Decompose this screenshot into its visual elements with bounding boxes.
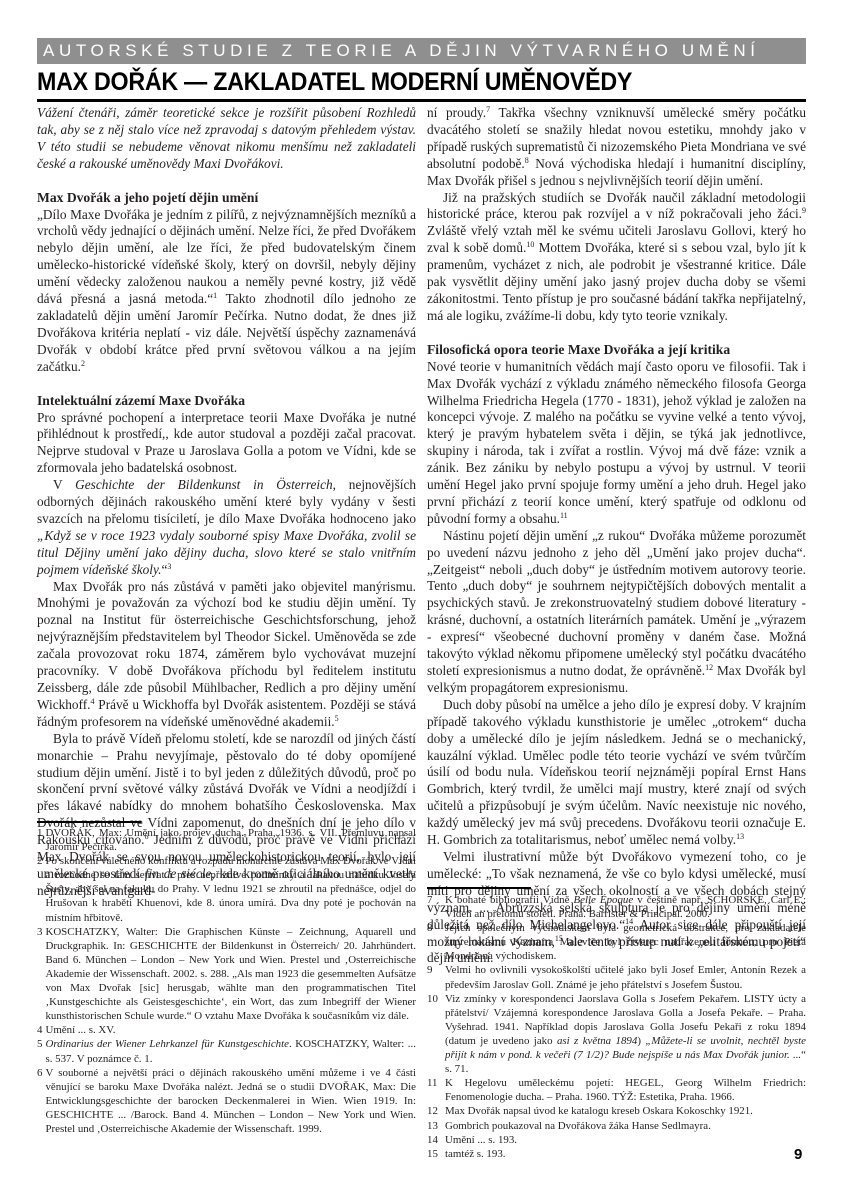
footnote-text: Ordinarius der Wiener Lehrkanzel für Kun…: [45, 1037, 416, 1065]
footnote-text: Viz zmínky v korespondenci Jaorslava Gol…: [445, 992, 806, 1077]
footnote-text: Max Dvořák napsal úvod ke katalogu krese…: [445, 1104, 806, 1118]
section-heading: Max Dvořák a jeho pojetí dějin umění: [37, 190, 416, 207]
footnote-number: 4: [37, 1023, 45, 1037]
footnote-item: 11K Hegelovu uměleckému pojetí: HEGEL, G…: [427, 1076, 806, 1104]
footnote-text: V souborné a největší práci o dějinách r…: [45, 1066, 416, 1136]
italic-term: Belle Époque: [574, 894, 634, 906]
italic-title: Geschichte der Bildenkunst in Österreich: [75, 477, 333, 492]
article-title: MAX DOŘÁK — ZAKLADATEL MODERNÍ UMĚNOVĚDY: [37, 66, 752, 98]
paragraph: Pro správné pochopení a interpretace teo…: [37, 410, 416, 478]
footnote-number: 1: [37, 826, 45, 854]
footnote-ref[interactable]: 9: [802, 206, 806, 215]
footnote-number: 13: [427, 1119, 445, 1133]
paragraph: Nástinu pojetí dějin umění „z rukou“ Dvo…: [427, 528, 806, 697]
lead-paragraph: Vážení čtenáři, záměr teoretické sekce j…: [37, 105, 416, 173]
text: Právě u Wickhoffa byl Dvořák asistentem.…: [37, 697, 416, 729]
footnote-ref[interactable]: 11: [560, 511, 568, 520]
footnote-number: 2: [37, 854, 45, 924]
spacer: [37, 173, 416, 190]
footnote-ref[interactable]: 12: [705, 663, 713, 672]
footnote-rule-right: [427, 887, 531, 889]
footnote-text: KOSCHATZKY, Walter: Die Graphischen Küns…: [45, 925, 416, 1024]
footnote-text: Gombrich poukazoval na Dvořákova žáka Ha…: [445, 1119, 806, 1133]
footnote-item: 10Viz zmínky v korespondenci Jaorslava G…: [427, 992, 806, 1077]
footnote-item: 4Umění ... s. XV.: [37, 1023, 416, 1037]
footnote-text: Jejich společným východiskem byla geomet…: [445, 921, 806, 963]
italic-title: Ordinarius der Wiener Lehrkanzel für Kun…: [45, 1038, 289, 1050]
footnote-ref[interactable]: 5: [335, 714, 339, 723]
spacer: [427, 325, 806, 342]
footnote-item: 6V souborné a největší práci o dějinách …: [37, 1066, 416, 1136]
right-column: ní proudy.7 Takřka všechny vzniknuvší um…: [427, 105, 806, 967]
footnote-text: K Hegelovu uměleckému pojetí: HEGEL, Geo…: [445, 1076, 806, 1104]
footnote-item: 15tamtéž s. 193.: [427, 1147, 806, 1161]
footnote-item: 7K bohaté bibliografii Vídně Belle Époqu…: [427, 893, 806, 921]
spacer: [37, 376, 416, 393]
footnote-ref[interactable]: 3: [167, 562, 171, 571]
paragraph: „Dílo Maxe Dvořáka je jedním z pilířů, z…: [37, 207, 416, 376]
text: Duch doby působí na umělce a jeho dílo j…: [427, 697, 806, 847]
footnote-text: Velmi ho ovlivnili vysokoškolští učitelé…: [445, 963, 806, 991]
footnote-number: 3: [37, 925, 45, 1024]
footnote-number: 10: [427, 992, 445, 1077]
section-band: AUTORSKÉ STUDIE Z TEORIE A DĚJIN VÝTVARN…: [37, 38, 806, 64]
footnote-item: 2Po skončení válečného konfliktu a rozpa…: [37, 854, 416, 924]
footnote-item: 3KOSCHATZKY, Walter: Die Graphischen Kün…: [37, 925, 416, 1024]
footnote-text: K bohaté bibliografii Vídně Belle Époque…: [445, 893, 806, 921]
italic-quote: „Když se v roce 1923 vydaly souborné spi…: [37, 528, 416, 577]
paragraph: Max Dvořák pro nás zůstává v paměti jako…: [37, 579, 416, 731]
footnote-ref[interactable]: 13: [736, 832, 744, 841]
paragraph: Nové teorie v humanitních vědách mají ča…: [427, 359, 806, 528]
section-heading: Filosofická opora teorie Maxe Dvořáka a …: [427, 342, 806, 359]
footnote-item: 5Ordinarius der Wiener Lehrkanzel für Ku…: [37, 1037, 416, 1065]
footnote-number: 6: [37, 1066, 45, 1136]
footnote-item: 12Max Dvořák napsal úvod ke katalogu kre…: [427, 1104, 806, 1118]
page-number: 9: [794, 1146, 802, 1163]
text: Nové teorie v humanitních vědách mají ča…: [427, 359, 806, 526]
footnote-item: 1DVOŘÁK, Max: Umění jako projev ducha. P…: [37, 826, 416, 854]
footnote-rule-left: [37, 821, 141, 823]
footnote-number: 9: [427, 963, 445, 991]
footnote-number: 11: [427, 1076, 445, 1104]
footnote-item: 14Umění ... s. 193.: [427, 1133, 806, 1147]
section-heading: Intelektuální zázemí Maxe Dvořáka: [37, 393, 416, 410]
paragraph: V Geschichte der Bildenkunst in Österrei…: [37, 477, 416, 578]
footnote-number: 8: [427, 921, 445, 963]
text: ní proudy.: [427, 105, 486, 120]
footnote-text: DVOŘÁK, Max: Umění jako projev ducha. Pr…: [45, 826, 416, 854]
text: K bohaté bibliografii Vídně: [445, 894, 574, 906]
paragraph: ní proudy.7 Takřka všechny vzniknuvší um…: [427, 105, 806, 190]
text: Max Dvořák pro nás zůstává v paměti jako…: [37, 579, 416, 712]
text: Nástinu pojetí dějin umění „z rukou“ Dvo…: [427, 528, 806, 678]
paragraph: Již na pražských studiích se Dvořák nauč…: [427, 190, 806, 325]
footnote-item: 9Velmi ho ovlivnili vysokoškolští učitel…: [427, 963, 806, 991]
footnotes-right: 7K bohaté bibliografii Vídně Belle Époqu…: [427, 893, 806, 1161]
text: Již na pražských studiích se Dvořák nauč…: [427, 190, 806, 222]
italic-term: asi z května 1894: [557, 1035, 637, 1047]
footnotes-left: 1DVOŘÁK, Max: Umění jako projev ducha. P…: [37, 826, 416, 1136]
footnote-text: Po skončení válečného konfliktu a rozpad…: [45, 854, 416, 924]
footnote-number: 5: [37, 1037, 45, 1065]
footnote-text: tamtéž s. 193.: [445, 1147, 806, 1161]
text: V: [53, 477, 75, 492]
footnote-number: 14: [427, 1133, 445, 1147]
footnote-item: 8Jejich společným východiskem byla geome…: [427, 921, 806, 963]
footnote-number: 15: [427, 1147, 445, 1161]
footnote-ref[interactable]: 2: [81, 359, 85, 368]
footnote-number: 7: [427, 893, 445, 921]
title-rule: [37, 99, 806, 102]
left-column: Vážení čtenáři, záměr teoretické sekce j…: [37, 105, 416, 900]
footnote-text: Umění ... s. 193.: [445, 1133, 806, 1147]
footnote-number: 12: [427, 1104, 445, 1118]
paragraph: Duch doby působí na umělce a jeho dílo j…: [427, 697, 806, 849]
footnote-text: Umění ... s. XV.: [45, 1023, 416, 1037]
footnote-item: 13Gombrich poukazoval na Dvořákova žáka …: [427, 1119, 806, 1133]
